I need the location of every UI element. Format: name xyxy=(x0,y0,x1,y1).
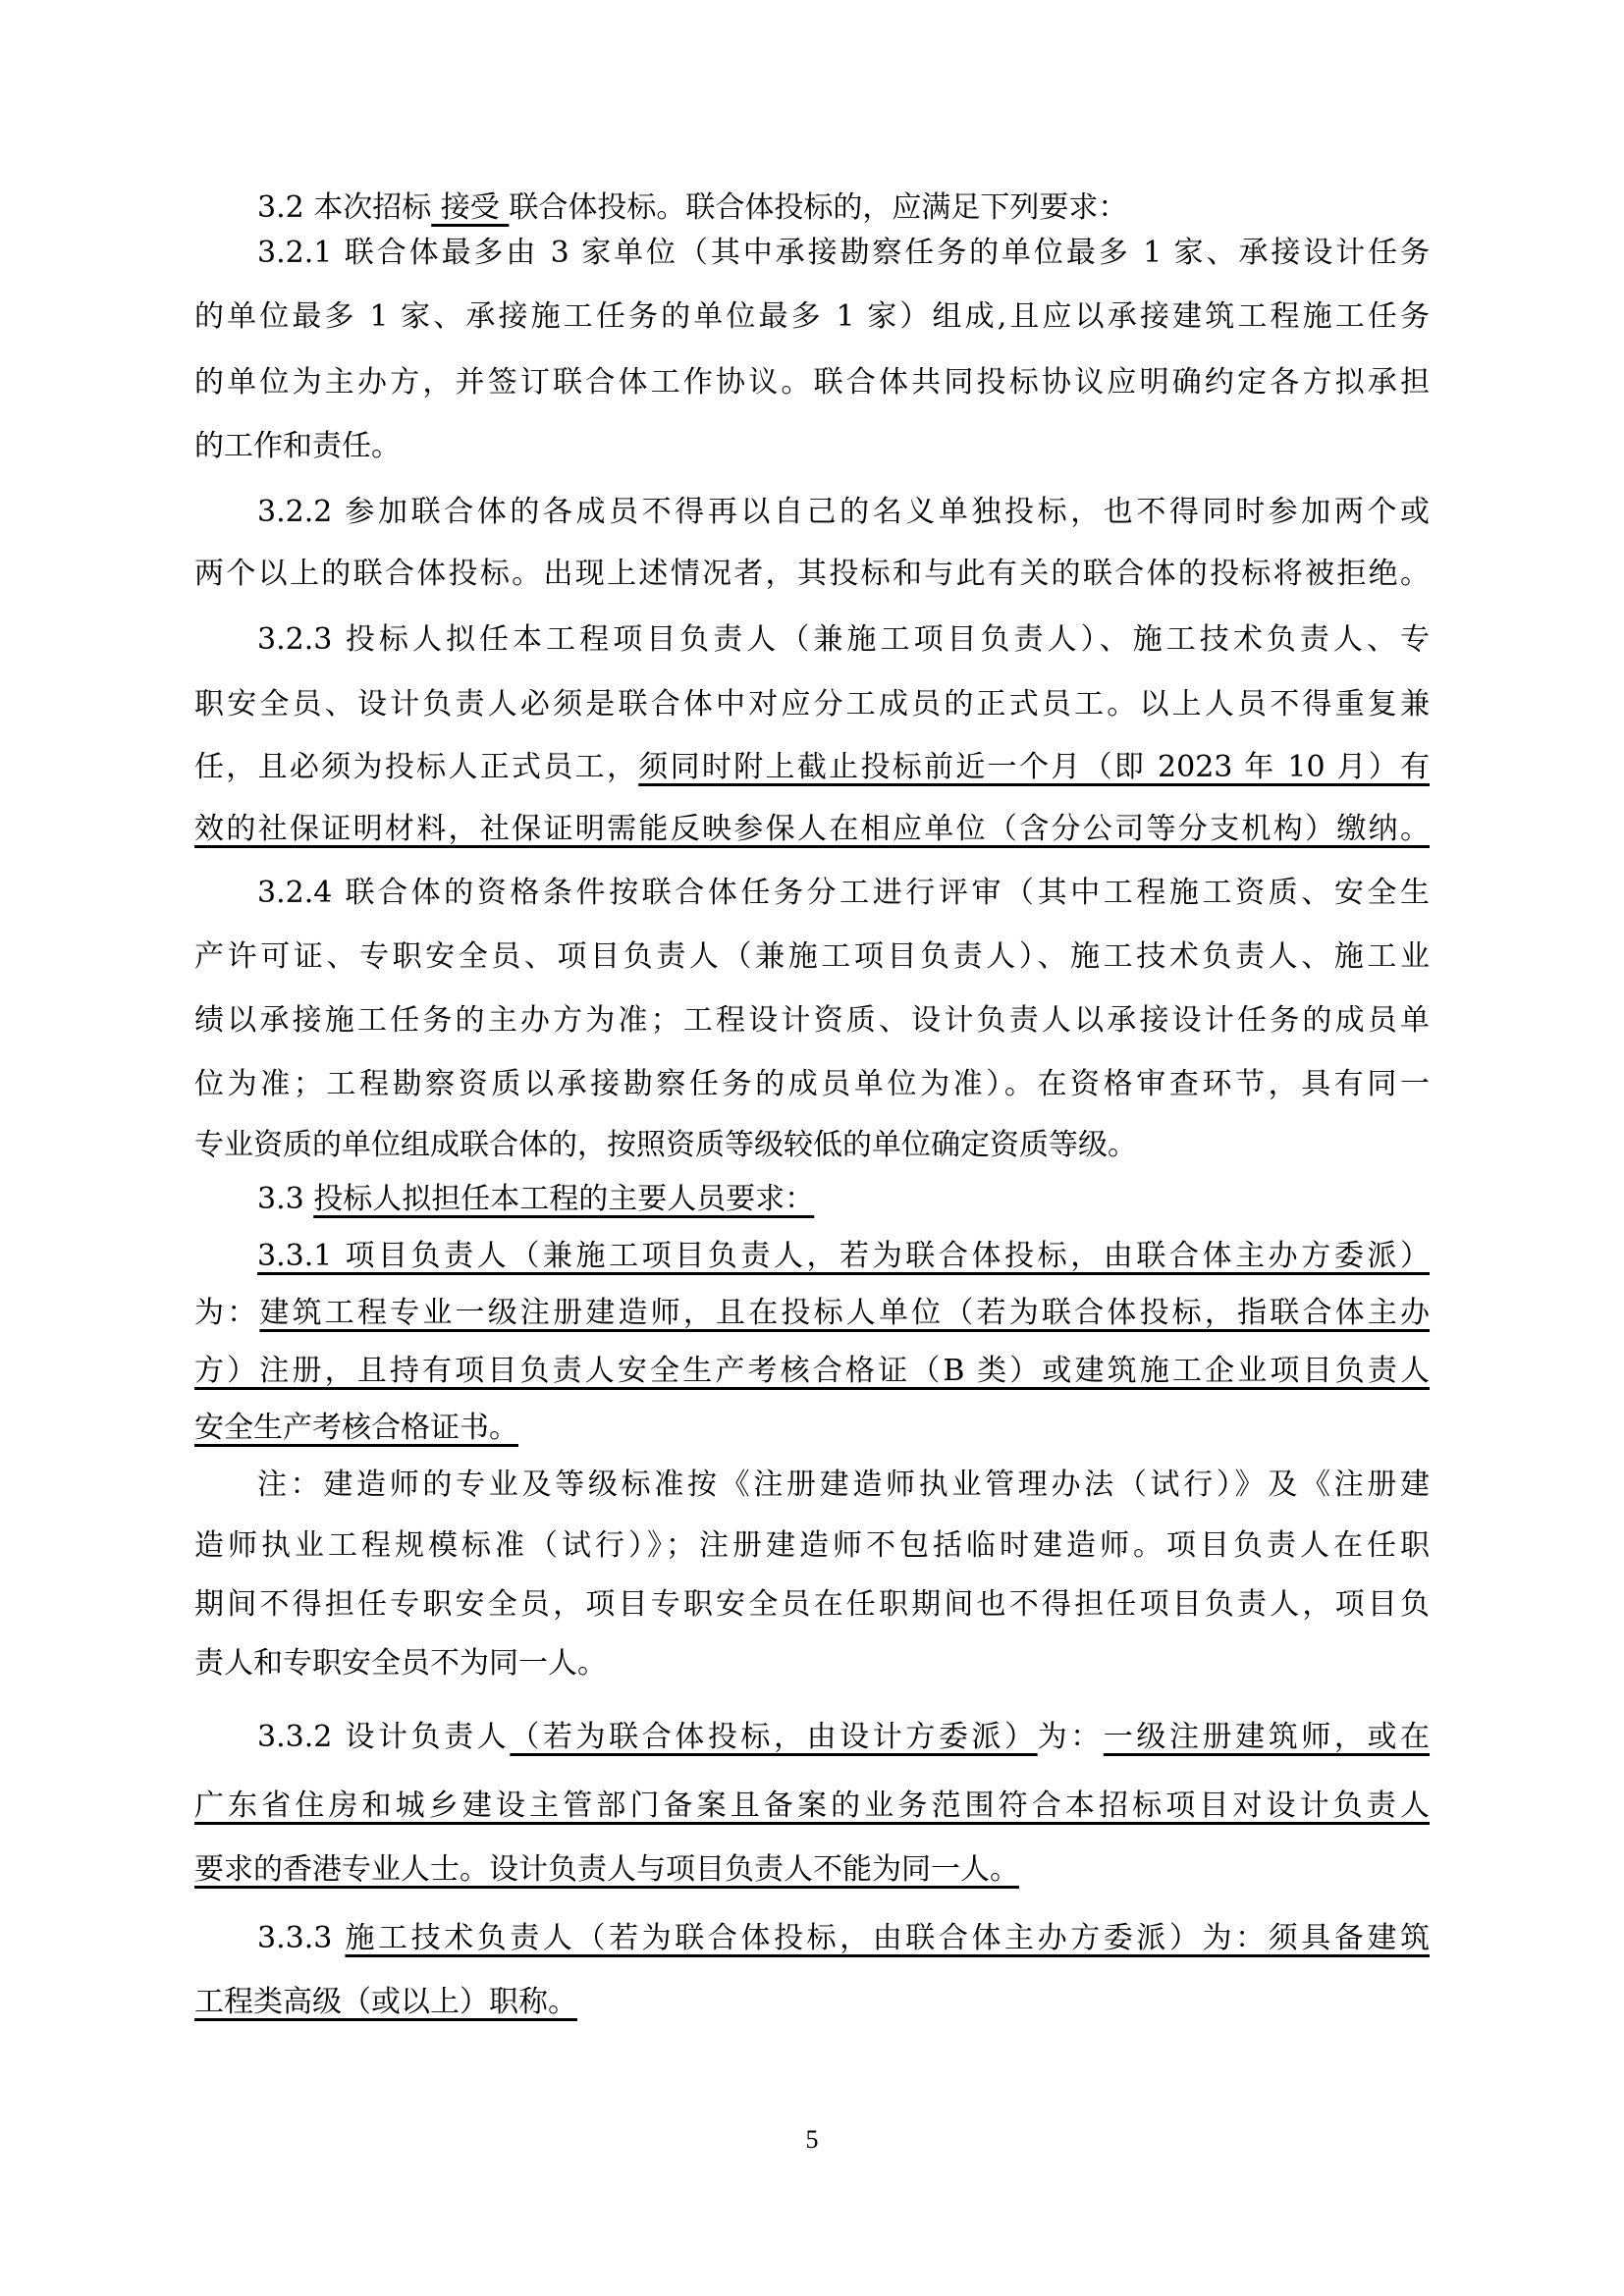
paragraph-3-2-1-line-2: 的单位最多 1 家、承接施工任务的单位最多 1 家）组成,且应以承接建筑工程施工… xyxy=(194,297,1430,337)
paragraph-3-2-2-line-1: 3.2.2 参加联合体的各成员不得再以自己的名义单独投标，也不得同时参加两个或 xyxy=(257,493,1430,532)
text: 3.3.3 xyxy=(257,1921,345,1955)
heading-3-3: 3.3 投标人拟担任本工程的主要人员要求： xyxy=(257,1180,1430,1219)
underlined-text: 工程类高级（或以上）职称。 xyxy=(194,1985,577,2019)
underlined-text: （若为联合体投标，由设计方委派） xyxy=(510,1720,1037,1754)
note-line-3: 期间不得担任专职安全员，项目专职安全员在任职期间也不得担任项目负责人，项目负 xyxy=(194,1585,1430,1625)
paragraph-3-3-1-line-3: 方）注册，且持有项目负责人安全生产考核合格证（B 类）或建筑施工企业项目负责人 xyxy=(194,1352,1430,1391)
note-line-4: 责人和专职安全员不为同一人。 xyxy=(194,1644,1430,1683)
paragraph-3-2-3-line-1: 3.2.3 投标人拟任本工程项目负责人（兼施工项目负责人）、施工技术负责人、专 xyxy=(257,620,1430,660)
paragraph-3-3-2-line-2: 广东省住房和城乡建设主管部门备案且备案的业务范围符合本招标项目对设计负责人 xyxy=(194,1787,1430,1826)
paragraph-3-3-1-line-1: 3.3.1 项目负责人（兼施工项目负责人，若为联合体投标，由联合体主办方委派） xyxy=(257,1237,1430,1276)
paragraph-3-2-1-line-4: 的工作和责任。 xyxy=(194,427,1430,466)
text: 为： xyxy=(1038,1720,1104,1754)
underlined-text: 投标人拟担任本工程的主要人员要求： xyxy=(313,1182,814,1216)
underlined-answer: 接受 xyxy=(431,190,509,225)
paragraph-3-3-2-line-3: 要求的香港专业人士。设计负责人与项目负责人不能为同一人。 xyxy=(194,1850,1430,1890)
underlined-text: 安全生产考核合格证书。 xyxy=(194,1411,518,1445)
underlined-text: 建筑工程专业一级注册建造师，且在投标人单位（若为联合体投标，指联合体主办 xyxy=(259,1296,1430,1330)
underlined-text: 方）注册，且持有项目负责人安全生产考核合格证（B 类）或建筑施工企业项目负责人 xyxy=(194,1354,1430,1388)
paragraph-3-2-1-line-1: 3.2.1 联合体最多由 3 家单位（其中承接勘察任务的单位最多 1 家、承接设… xyxy=(257,234,1430,273)
paragraph-3-2-2-line-2: 两个以上的联合体投标。出现上述情况者，其投标和与此有关的联合体的投标将被拒绝。 xyxy=(194,555,1430,594)
paragraph-3-2-4-line-1: 3.2.4 联合体的资格条件按联合体任务分工进行评审（其中工程施工资质、安全生 xyxy=(257,874,1430,913)
note-line-1: 注：建造师的专业及等级标准按《注册建造师执业管理办法（试行）》及《注册建 xyxy=(257,1466,1430,1505)
text: 3.3.2 设计负责人 xyxy=(257,1720,510,1754)
paragraph-3-2-line-1: 3.2 本次招标 接受 联合体投标。联合体投标的，应满足下列要求： xyxy=(257,188,1430,228)
paragraph-3-2-3-line-2: 职安全员、设计负责人必须是联合体中对应分工成员的正式员工。以上人员不得重复兼 xyxy=(194,685,1430,724)
text: 任，且必须为投标人正式员工， xyxy=(194,750,638,784)
text: 3.3 xyxy=(257,1182,313,1216)
document-page: 3.2 本次招标 接受 联合体投标。联合体投标的，应满足下列要求： 3.2.1 … xyxy=(0,0,1624,2296)
paragraph-3-2-4-line-2: 产许可证、专职安全员、项目负责人（兼施工项目负责人）、施工技术负责人、施工业 xyxy=(194,937,1430,977)
underlined-text: 施工技术负责人（若为联合体投标，由联合体主办方委派）为：须具备建筑 xyxy=(345,1921,1430,1955)
paragraph-3-2-1-line-3: 的单位为主办方，并签订联合体工作协议。联合体共同投标协议应明确约定各方拟承担 xyxy=(194,363,1430,402)
paragraph-3-2-4-line-4: 位为准；工程勘察资质以承接勘察任务的成员单位为准）。在资格审查环节，具有同一 xyxy=(194,1065,1430,1104)
text: 为： xyxy=(194,1296,259,1330)
underlined-text: 3.3.1 项目负责人（兼施工项目负责人，若为联合体投标，由联合体主办方委派） xyxy=(257,1239,1430,1273)
text: 联合体投标。联合体投标的，应满足下列要求： xyxy=(509,190,1127,225)
paragraph-3-3-3-line-2: 工程类高级（或以上）职称。 xyxy=(194,1983,1430,2022)
text: 3.2 本次招标 xyxy=(257,190,431,225)
underlined-text: 须同时附上截止投标前近一个月（即 2023 年 10 月）有 xyxy=(638,750,1430,784)
paragraph-3-3-1-line-4: 安全生产考核合格证书。 xyxy=(194,1409,1430,1448)
underlined-text: 要求的香港专业人士。设计负责人与项目负责人不能为同一人。 xyxy=(194,1852,1019,1887)
page-number: 5 xyxy=(800,2122,824,2158)
paragraph-3-2-4-line-5: 专业资质的单位组成联合体的，按照资质等级较低的单位确定资质等级。 xyxy=(194,1126,1430,1165)
paragraph-3-2-3-line-4: 效的社保证明材料，社保证明需能反映参保人在相应单位（含分公司等分支机构）缴纳。 xyxy=(194,810,1430,849)
underlined-text: 广东省住房和城乡建设主管部门备案且备案的业务范围符合本招标项目对设计负责人 xyxy=(194,1789,1430,1823)
note-line-2: 造师执业工程规模标准（试行）》；注册建造师不包括临时建造师。项目负责人在任职 xyxy=(194,1526,1430,1566)
paragraph-3-3-1-line-2: 为：建筑工程专业一级注册建造师，且在投标人单位（若为联合体投标，指联合体主办 xyxy=(194,1294,1430,1333)
underlined-text: 效的社保证明材料，社保证明需能反映参保人在相应单位（含分公司等分支机构）缴纳。 xyxy=(194,812,1430,846)
paragraph-3-2-3-line-3: 任，且必须为投标人正式员工，须同时附上截止投标前近一个月（即 2023 年 10… xyxy=(194,748,1430,787)
paragraph-3-2-4-line-3: 绩以承接施工任务的主办方为准；工程设计资质、设计负责人以承接设计任务的成员单 xyxy=(194,1001,1430,1041)
underlined-text: 一级注册建筑师，或在 xyxy=(1104,1720,1430,1754)
paragraph-3-3-2-line-1: 3.3.2 设计负责人（若为联合体投标，由设计方委派）为：一级注册建筑师，或在 xyxy=(257,1718,1430,1757)
paragraph-3-3-3-line-1: 3.3.3 施工技术负责人（若为联合体投标，由联合体主办方委派）为：须具备建筑 xyxy=(257,1919,1430,1958)
